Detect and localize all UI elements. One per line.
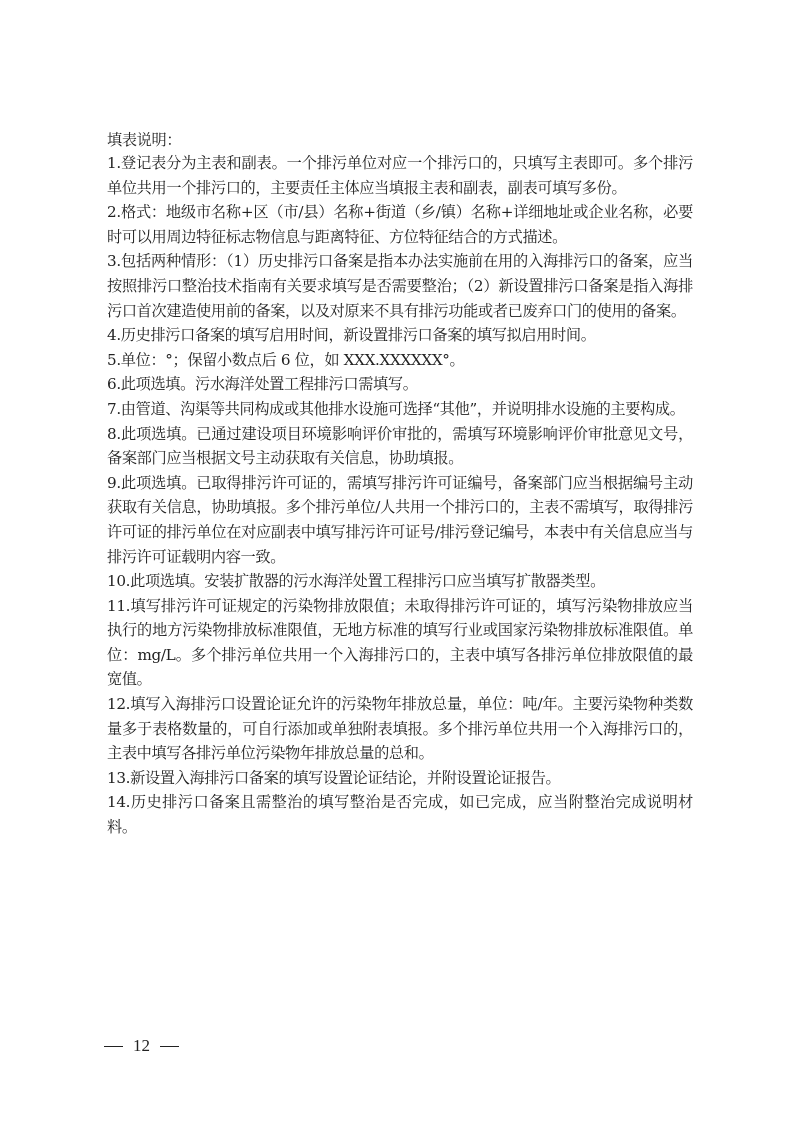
- note-12: 12.填写入海排污口设置论证允许的污染物年排放总量，单位：吨/年。主要污染物种类…: [107, 692, 693, 766]
- note-2: 2.格式：地级市名称+区（市/县）名称+街道（乡/镇）名称+详细地址或企业名称，…: [107, 200, 693, 249]
- left-dash: [104, 1046, 123, 1047]
- note-7: 7.由管道、沟渠等共同构成或其他排水设施可选择“其他”，并说明排水设施的主要构成…: [107, 397, 693, 422]
- instructions-title: 填表说明：: [107, 130, 693, 151]
- note-9: 9.此项选填。已取得排污许可证的，需填写排污许可证编号，备案部门应当根据编号主动…: [107, 471, 693, 569]
- note-4: 4.历史排污口备案的填写启用时间，新设置排污口备案的填写拟启用时间。: [107, 323, 693, 348]
- note-13: 13.新设置入海排污口备案的填写设置论证结论，并附设置论证报告。: [107, 766, 693, 791]
- note-6: 6.此项选填。污水海洋处置工程排污口需填写。: [107, 372, 693, 397]
- note-8: 8.此项选填。已通过建设项目环境影响评价审批的，需填写环境影响评价审批意见文号，…: [107, 422, 693, 471]
- page-number: 12: [133, 1036, 150, 1056]
- note-5: 5.单位：°；保留小数点后 6 位，如 XXX.XXXXXX°。: [107, 348, 693, 373]
- instructions-section: 填表说明： 1.登记表分为主表和副表。一个排污单位对应一个排污口的，只填写主表即…: [107, 130, 693, 840]
- right-dash: [160, 1046, 179, 1047]
- note-1: 1.登记表分为主表和副表。一个排污单位对应一个排污口的，只填写主表即可。多个排污…: [107, 151, 693, 200]
- page-footer: 12: [104, 1036, 179, 1056]
- note-14: 14.历史排污口备案且需整治的填写整治是否完成，如已完成，应当附整治完成说明材料…: [107, 790, 693, 839]
- note-3: 3.包括两种情形：（1）历史排污口备案是指本办法实施前在用的入海排污口的备案，应…: [107, 249, 693, 323]
- note-11: 11.填写排污许可证规定的污染物排放限值；未取得排污许可证的，填写污染物排放应当…: [107, 594, 693, 692]
- notes-list: 1.登记表分为主表和副表。一个排污单位对应一个排污口的，只填写主表即可。多个排污…: [107, 151, 693, 840]
- note-10: 10.此项选填。安装扩散器的污水海洋处置工程排污口应当填写扩散器类型。: [107, 569, 693, 594]
